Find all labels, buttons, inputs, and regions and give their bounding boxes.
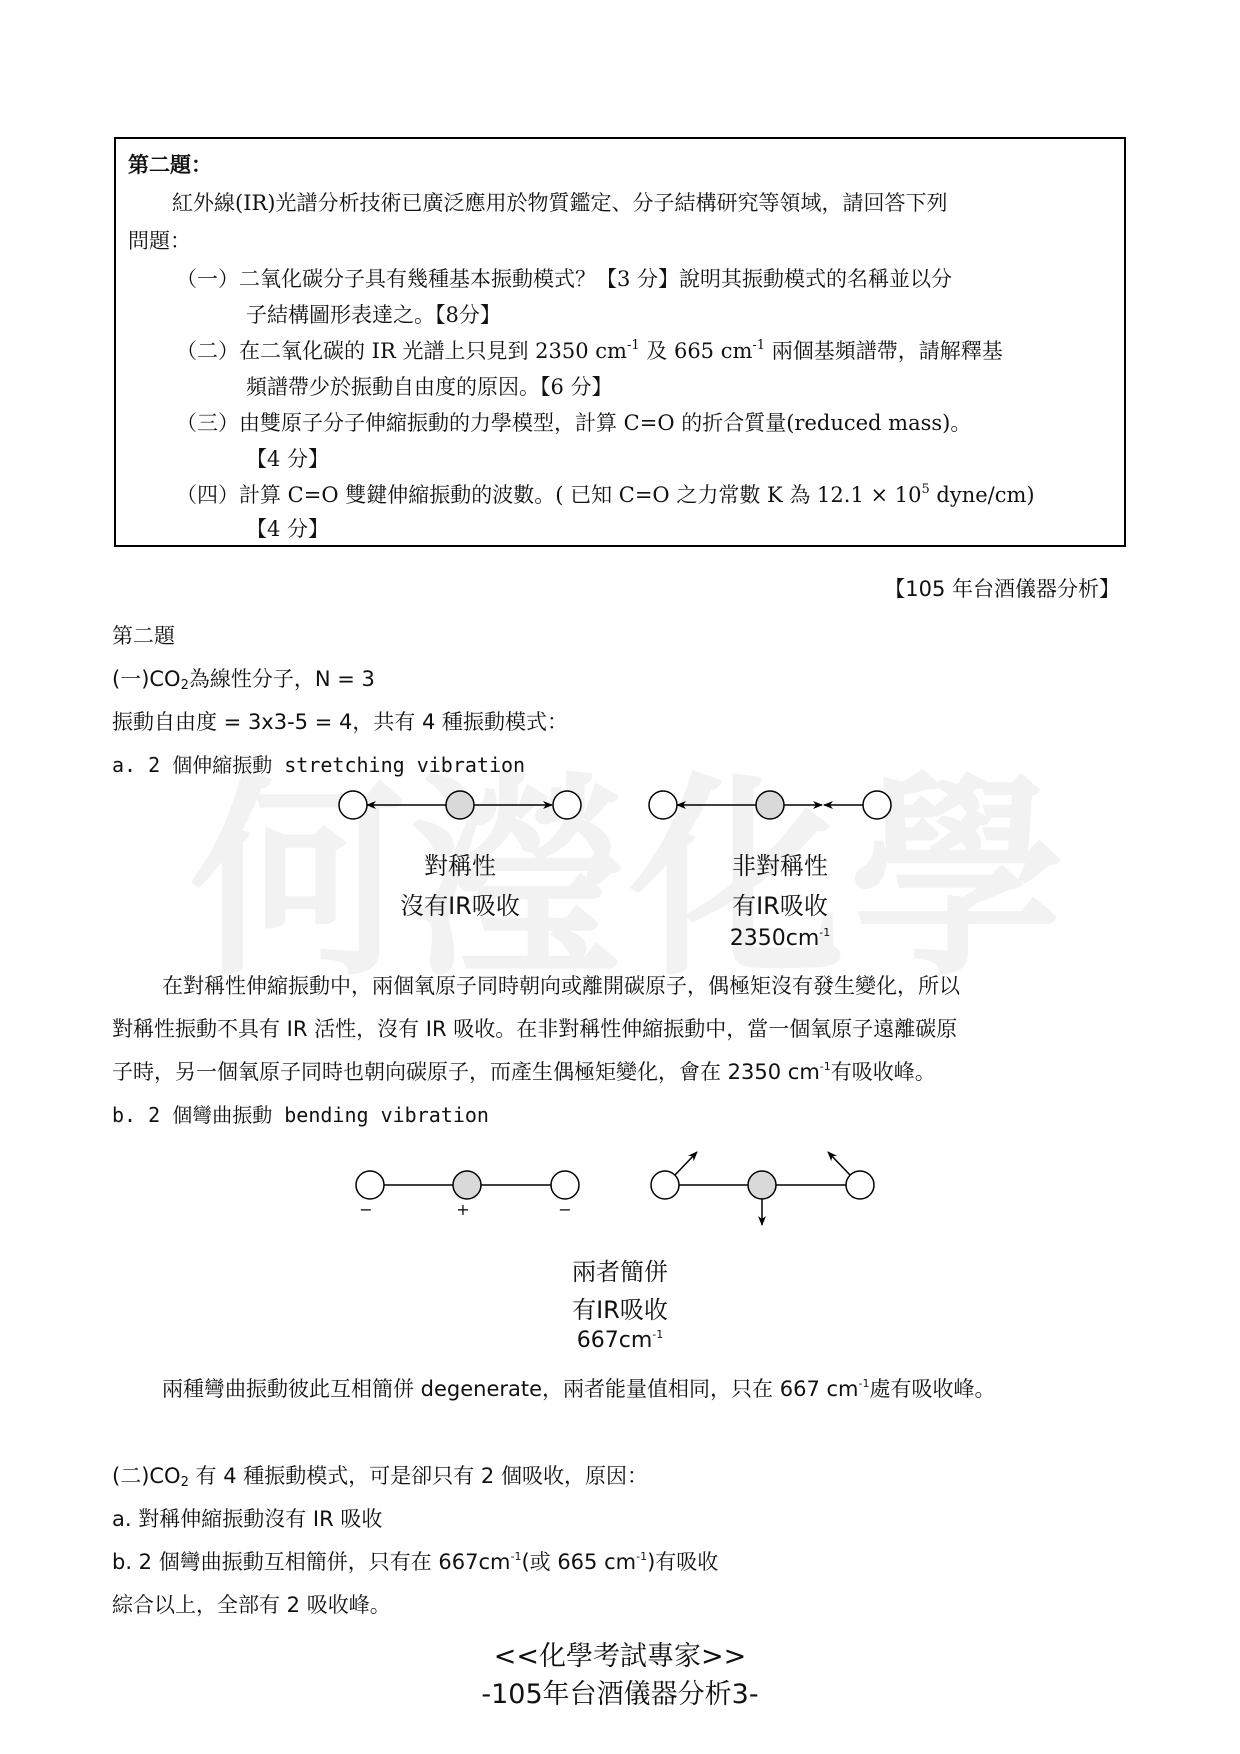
answer-part1-line1: (一)CO2為線性分子，N = 3 (112, 663, 375, 693)
stretching-diagram (330, 780, 890, 830)
item-text: 由雙原子分子伸縮振動的力學模型，計算 C=O 的折合質量(reduced mas… (239, 411, 971, 435)
symmetric-stretch-molecule (339, 791, 581, 819)
question-item-2-line2: 頻譜帶少於振動自由度的原因。【6 分】 (246, 371, 613, 401)
superscript: -1 (652, 1328, 663, 1341)
item-label: （三） (176, 411, 239, 435)
question-item-1-line2: 子結構圖形表達之。【8分】 (246, 299, 501, 329)
answer-heading: 第二題 (112, 620, 175, 650)
question-item-4-line2: 【4 分】 (246, 513, 329, 543)
superscript: -1 (819, 926, 830, 939)
asymmetric-ir-label: 有IR吸收 (700, 886, 860, 921)
question-box: 第二題： 紅外線(IR)光譜分析技術已廣泛應用於物質鑑定、分子結構研究等領域，請… (114, 137, 1126, 547)
text: (或 665 cm (521, 1550, 636, 1574)
stretch-paragraph-line1: 在對稱性伸縮振動中，兩個氧原子同時朝向或離開碳原子，偶極矩沒有發生變化，所以 (162, 970, 960, 1000)
text: 兩種彎曲振動彼此互相簡併 degenerate，兩者能量值相同，只在 667 c… (162, 1377, 859, 1401)
question-item-3-line2: 【4 分】 (246, 443, 329, 473)
answer-part2-conclusion: 綜合以上，全部有 2 吸收峰。 (112, 1589, 391, 1619)
text: 為線性分子，N = 3 (189, 667, 375, 691)
text: 2350cm (730, 926, 820, 951)
superscript: -1 (636, 1550, 647, 1563)
text: 處有吸收峰。 (869, 1377, 995, 1401)
superscript: -1 (510, 1550, 521, 1563)
question-item-2: （二）在二氧化碳的 IR 光譜上只見到 2350 cm-1 及 665 cm-1… (176, 335, 1003, 365)
subscript: 2 (181, 1475, 189, 1490)
bending-out-of-plane-molecule (651, 1152, 874, 1225)
question-item-3: （三）由雙原子分子伸縮振動的力學模型，計算 C=O 的折合質量(reduced … (176, 407, 971, 437)
text: b. 2 個彎曲振動互相簡併，只有在 667cm (112, 1550, 510, 1574)
sign-minus-left: − (356, 1200, 376, 1219)
footer-page-label: -105年台酒儀器分析3- (0, 1672, 1240, 1711)
bending-in-plane-molecule (356, 1171, 579, 1199)
superscript: -1 (859, 1377, 870, 1390)
item-label: （四） (176, 483, 239, 507)
item-text: 計算 C=O 雙鍵伸縮振動的波數。( 已知 C=O 之力常數 K 為 12.1 … (239, 483, 921, 507)
bending-label: 兩者簡併 (540, 1252, 700, 1287)
asymmetric-wavenumber: 2350cm-1 (700, 926, 860, 951)
bending-paragraph: 兩種彎曲振動彼此互相簡併 degenerate，兩者能量值相同，只在 667 c… (162, 1373, 995, 1403)
stretch-paragraph-line3: 子時，另一個氧原子同時也朝向碳原子，而產生偶極矩變化，會在 2350 cm-1有… (112, 1056, 936, 1086)
text: (一)CO (112, 667, 181, 691)
superscript: -1 (820, 1060, 831, 1073)
text: 子時，另一個氧原子同時也朝向碳原子，而產生偶極矩變化，會在 2350 cm (112, 1060, 820, 1084)
asymmetric-stretch-molecule (649, 791, 891, 819)
subscript: 2 (181, 678, 189, 693)
text: 667cm (577, 1328, 653, 1353)
question-intro-line2: 問題： (128, 225, 191, 255)
bending-heading: b. 2 個彎曲振動 bending vibration (112, 1099, 489, 1128)
question-title: 第二題： (128, 149, 212, 179)
text: )有吸收 (647, 1550, 718, 1574)
answer-part2-line1: (二)CO2 有 4 種振動模式，可是卻只有 2 個吸收，原因： (112, 1460, 648, 1490)
item-label: （一） (176, 267, 239, 291)
footer-brand: <<化學考試專家>> (0, 1634, 1240, 1673)
question-item-4: （四）計算 C=O 雙鍵伸縮振動的波數。( 已知 C=O 之力常數 K 為 12… (176, 479, 1035, 509)
question-intro-line1: 紅外線(IR)光譜分析技術已廣泛應用於物質鑑定、分子結構研究等領域，請回答下列 (172, 187, 948, 217)
item-text: 兩個基頻譜帶，請解釋基 (765, 339, 1003, 363)
answer-part1-line2: 振動自由度 = 3x3-5 = 4，共有 4 種振動模式： (112, 706, 568, 736)
source-citation: 【105 年台酒儀器分析】 (884, 573, 1120, 603)
asymmetric-label: 非對稱性 (700, 846, 860, 881)
answer-part2-item-b: b. 2 個彎曲振動互相簡併，只有在 667cm-1(或 665 cm-1)有吸… (112, 1546, 718, 1576)
question-item-1: （一）二氧化碳分子具有幾種基本振動模式？【3 分】說明其振動模式的名稱並以分 (176, 263, 952, 293)
text: 有吸收峰。 (831, 1060, 936, 1084)
item-text: 二氧化碳分子具有幾種基本振動模式？【3 分】說明其振動模式的名稱並以分 (239, 267, 952, 291)
bending-wavenumber: 667cm-1 (540, 1328, 700, 1353)
superscript: -1 (627, 338, 640, 353)
stretching-heading: a. 2 個伸縮振動 stretching vibration (112, 749, 525, 778)
bending-ir-label: 有IR吸收 (540, 1290, 700, 1325)
symmetric-label: 對稱性 (380, 846, 540, 881)
item-label: （二） (176, 339, 239, 363)
item-text: 及 665 cm (640, 339, 753, 363)
answer-part2-item-a: a. 對稱伸縮振動沒有 IR 吸收 (112, 1503, 382, 1533)
stretch-paragraph-line2: 對稱性振動不具有 IR 活性，沒有 IR 吸收。在非對稱性伸縮振動中，當一個氧原… (112, 1013, 957, 1043)
sign-plus: + (453, 1200, 473, 1219)
superscript: -1 (752, 338, 765, 353)
bending-diagram (340, 1140, 900, 1250)
text: (二)CO (112, 1464, 181, 1488)
superscript: 5 (921, 482, 929, 497)
item-text: dyne/cm) (930, 483, 1035, 507)
sign-minus-right: − (555, 1200, 575, 1219)
item-text: 在二氧化碳的 IR 光譜上只見到 2350 cm (239, 339, 627, 363)
symmetric-ir-label: 沒有IR吸收 (380, 886, 540, 921)
text: 有 4 種振動模式，可是卻只有 2 個吸收，原因： (189, 1464, 648, 1488)
